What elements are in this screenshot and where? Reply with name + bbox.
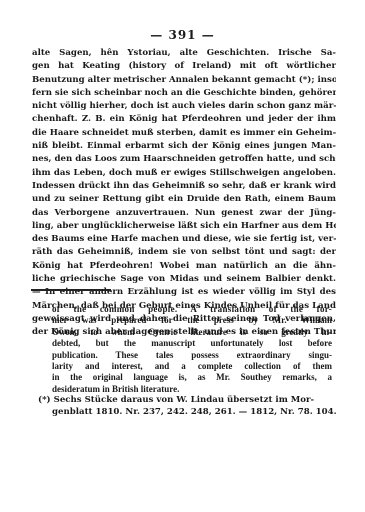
text-line: des Baums eine Harfe machen und diese, w… bbox=[32, 233, 336, 246]
main-body-text: alte Sagen, hên Ystoriau, alte Geschicht… bbox=[32, 47, 336, 340]
text-line: das Verborgene anzuvertrauen. Nun genest… bbox=[32, 207, 336, 220]
text-line: nes, den das Loos zum Haarschneiden getr… bbox=[32, 153, 336, 166]
text-line: König hat Pferdeohren! Wobei man natürli… bbox=[32, 260, 336, 273]
quote-line: Owen, to whom Cymric literature is so gr… bbox=[52, 327, 332, 338]
text-line: ihm das Leben, doch muß er ewiges Stills… bbox=[32, 167, 336, 180]
quote-line: of the common people. A translation of t… bbox=[52, 304, 332, 315]
text-line: Indessen drückt ihn das Geheimniß so seh… bbox=[32, 180, 336, 193]
text-line: Benutzung alter metrischer Annalen bekan… bbox=[32, 74, 336, 87]
quote-line: larity and interest, and a complete coll… bbox=[52, 361, 332, 372]
footnote-line: genblatt 1810. Nr. 237, 242. 248, 261. —… bbox=[38, 406, 336, 418]
footnote: (*) Sechs Stücke daraus von W. Lindau üb… bbox=[38, 394, 336, 418]
text-line: räth das Geheimniß, indem sie von selbst… bbox=[32, 246, 336, 259]
text-line: gen hat Keating (history of Ireland) mit… bbox=[32, 60, 336, 73]
footnote-divider bbox=[31, 289, 111, 291]
footnote-line: (*) Sechs Stücke daraus von W. Lindau üb… bbox=[38, 394, 336, 406]
english-quotation: of the common people. A translation of t… bbox=[52, 304, 332, 395]
text-line: die Haare schneidet muß sterben, damit e… bbox=[32, 127, 336, 140]
quote-line: publication. These tales possess extraor… bbox=[52, 350, 332, 361]
book-page: — 391 — alte Sagen, hên Ystoriau, alte G… bbox=[0, 0, 365, 512]
text-line: alte Sagen, hên Ystoriau, alte Geschicht… bbox=[32, 47, 336, 60]
text-line: chenhaft. Z. B. ein König hat Pferdeohre… bbox=[32, 113, 336, 126]
text-line: ling, aber unglücklicherweise läßt sich … bbox=[32, 220, 336, 233]
page-number: — 391 — bbox=[0, 28, 365, 42]
text-line: und zu seiner Rettung gibt ein Druide de… bbox=[32, 193, 336, 206]
text-line: niß bleibt. Einmal erbarmt sich der Köni… bbox=[32, 140, 336, 153]
text-line: nicht völlig hierher, doch ist auch viel… bbox=[32, 100, 336, 113]
text-line: fern sie sich scheinbar noch an die Gesc… bbox=[32, 87, 336, 100]
quote-line: mer was prepared for the press by Mr. Wi… bbox=[52, 315, 332, 326]
text-line: liche griechische Sage von Midas und sei… bbox=[32, 273, 336, 286]
quote-line: debted, but the manuscript unfortunately… bbox=[52, 338, 332, 349]
quote-line: in the original language is, as Mr. Sout… bbox=[52, 372, 332, 383]
